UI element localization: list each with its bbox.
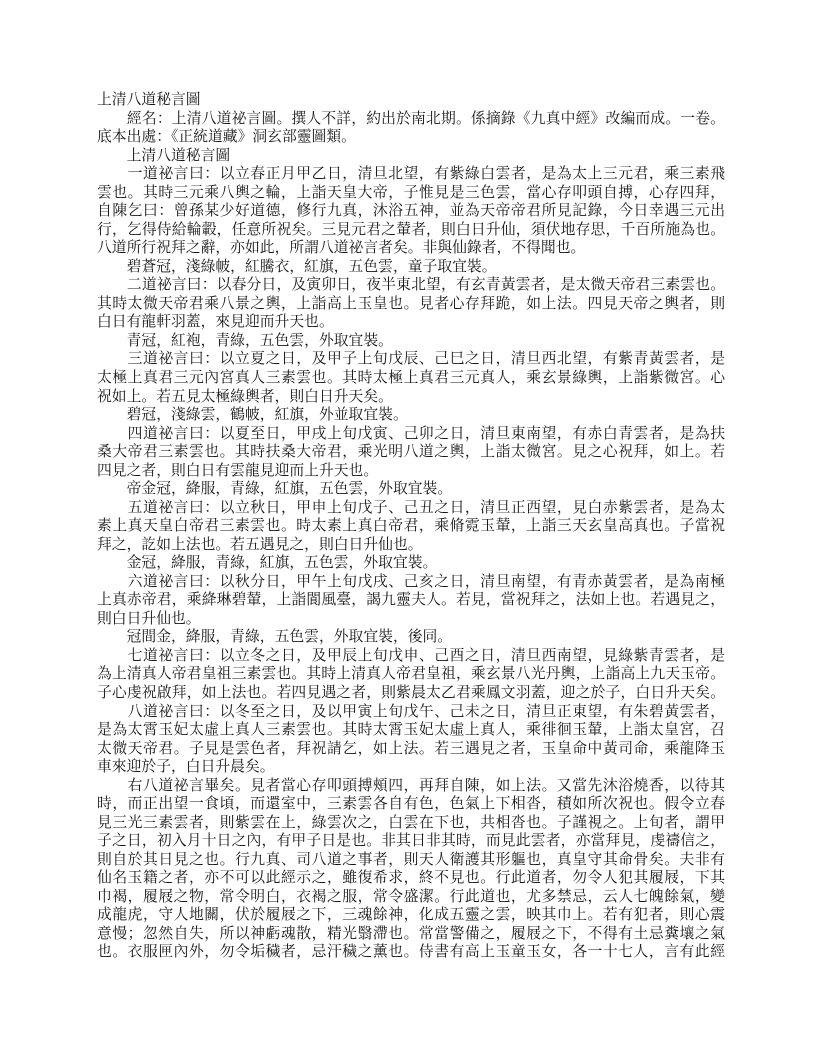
text-line: 也。衣服匣內外，勿令垢穢者，忌汗穢之薰也。侍書有高上玉童玉女，各一十七人，言有此… xyxy=(97,943,725,962)
text-line: 右八道祕言畢矣。見者當心存叩頭搏頰四，再拜自陳，如上法。又當先沐浴燒香，以待其 xyxy=(97,777,725,796)
text-line: 白日有龍軒羽蓋，來見迎而升天也。 xyxy=(97,313,725,332)
text-line: 六道祕言曰：以秋分日，甲午上旬戊戌、己亥之日，清旦南望，有青赤黃雲者，是為南極 xyxy=(97,573,725,592)
text-line: 二道祕言曰：以春分日，及寅卯日，夜半東北望，有玄青黃雲者，是太微天帝君三素雲也。 xyxy=(97,276,725,295)
text-line: 四見之者，則白日有雲龍見迎而上升天也。 xyxy=(97,462,725,481)
text-line: 則白日升仙也。 xyxy=(97,610,725,629)
text-line: 八道祕言曰：以冬至之日，及以甲寅上旬戊午、己未之日，清旦正東望，有朱碧黃雲者， xyxy=(97,703,725,722)
text-line: 素上真天皇白帝君三素雲也。時太素上真白帝君，乘脩霓玉輦，上詣三天玄皇高真也。子當… xyxy=(97,517,725,536)
text-line: 太極上真君三元內宮真人三素雲也。其時太極上真君三元真人，乘玄景綠輿，上詣紫微宮。… xyxy=(97,369,725,388)
text-line: 青冠，紅袍，青綠，五色雲，外取宜裝。 xyxy=(97,332,725,351)
text-line: 三道祕言曰：以立夏之日，及甲子上旬戊辰、己巳之日，清旦西北望，有紫青黃雲者，是 xyxy=(97,350,725,369)
text-line: 時，而正出望一食頃，而還室中，三素雲各自有色，色氣上下相沓，積如所次祝也。假令立… xyxy=(97,795,725,814)
text-line: 底本出處：《正統道藏》洞玄部靈圖類。 xyxy=(97,128,725,147)
document-text: 上清八道秘言圖 經名：上清八道祕言圖。撰人不詳，約出於南北期。係摘錄《九真中經》… xyxy=(97,91,725,962)
text-line: 一道祕言曰：以立春正月甲乙日，清旦北望，有紫綠白雲者，是為太上三元君，乘三素飛 xyxy=(97,165,725,184)
text-line: 成龍虎，守人地關，伏於履屐之下，三魂餘神，化成五靈之雲，映其巾上。若有犯者，則心… xyxy=(97,906,725,925)
text-line: 仙名玉籍之者，亦不可以此經示之，雖復希求，終不見也。行此道者，勿令人犯其履屐，下… xyxy=(97,869,725,888)
text-line: 為上清真人帝君皇祖三素雲也。其時上清真人帝君皇祖，乘玄景八光丹輿，上詣高上九天玉… xyxy=(97,665,725,684)
text-line: 冠間金，絳服，青綠，五色雲，外取宜裝，後同。 xyxy=(97,628,725,647)
text-line: 子之日，初入月十日之內，有甲子日是也。非其日非其時，而見此雲者，亦當拜見，虔禱信… xyxy=(97,832,725,851)
text-line: 是為太霄玉妃太虛上真人三素雲也。其時太霄玉妃太虛上真人，乘徘徊玉輦，上詣太皇宮，… xyxy=(97,721,725,740)
text-line: 巾褐，履屐之物，常令明白，衣褐之服，常令盛潔。行此道也，尤多禁忌，云人七魄餘氣，… xyxy=(97,888,725,907)
text-line: 上清八道秘言圖 xyxy=(97,147,725,166)
text-line: 其時太微天帝君乘八景之輿，上詣高上玉皇也。見者心存拜跪，如上法。四見天帝之輿者，… xyxy=(97,295,725,314)
text-line: 見三光三素雲者，則紫雲在上，綠雲次之，白雲在下也，共相沓也。子謹視之。上旬者，謂… xyxy=(97,814,725,833)
text-line: 金冠，絳服，青綠，紅旗，五色雲，外取宜裝。 xyxy=(97,554,725,573)
text-line: 四道祕言曰：以夏至日，甲戌上旬戊寅、己卯之日，清旦東南望，有赤白青雲者，是為扶 xyxy=(97,425,725,444)
text-line: 帝金冠，絳服，青綠，紅旗，五色雲，外取宜裝。 xyxy=(97,480,725,499)
text-line: 桑大帝君三素雲也。其時扶桑大帝君，乘光明八道之輿，上詣太微宮。見之心祝拜，如上。… xyxy=(97,443,725,462)
text-line: 碧冠，淺綠雲，鶴帔，紅旗，外並取宜裝。 xyxy=(97,406,725,425)
text-line: 行，乞得侍給輪轂，任意所祝矣。三見元君之輦者，則白日升仙，須伏地存思，千百所施為… xyxy=(97,221,725,240)
text-line: 碧蒼冠，淺綠帔，紅騰衣，紅旗，五色雲，童子取宜裝。 xyxy=(97,258,725,277)
text-line: 意慢；忽然自失，所以神虧魂散，精光翳滯也。常當警備之，履屐之下，不得有土忌糞壤之… xyxy=(97,925,725,944)
text-line: 七道祕言曰：以立冬之日，及甲辰上旬戊申、己酉之日，清旦西南望，見綠紫青雲者，是 xyxy=(97,647,725,666)
text-line: 車來迎於子，白日升晨矣。 xyxy=(97,758,725,777)
text-line: 祝如上。若五見太極綠輿者，則白日升天矣。 xyxy=(97,388,725,407)
text-line: 上真赤帝君，乘絳琳碧輦，上詣閬風臺，謁九靈夫人。若見，當祝拜之，法如上也。若遇見… xyxy=(97,591,725,610)
text-line: 子心虔祝啟拜，如上法也。若四見遇之者，則紫晨太乙君乘鳳文羽蓋，迎之於子，白日升天… xyxy=(97,684,725,703)
text-line: 五道祕言曰：以立秋日，甲申上旬戊子、己丑之日，清旦正西望，見白赤紫雲者，是為太 xyxy=(97,499,725,518)
text-line: 八道所行祝拜之辭，亦如此，所謂八道祕言者矣。非與仙錄者，不得聞也。 xyxy=(97,239,725,258)
text-line: 經名：上清八道祕言圖。撰人不詳，約出於南北期。係摘錄《九真中經》改編而成。一卷。 xyxy=(97,110,725,129)
text-line: 拜之，訖如上法也。若五遇見之，則白日升仙也。 xyxy=(97,536,725,555)
document-page: 上清八道秘言圖 經名：上清八道祕言圖。撰人不詳，約出於南北期。係摘錄《九真中經》… xyxy=(0,0,816,1056)
text-line: 雲也。其時三元乘八輿之輪，上詣天皇大帝，子惟見是三色雲，當心存叩頭自搏，心存四拜… xyxy=(97,184,725,203)
text-line: 太微天帝君。子見是雲色者，拜祝請乞，如上法。若三遇見之者，玉皇命中黃司命，乘龍降… xyxy=(97,740,725,759)
text-line: 自陳乞曰：曾孫某少好道德，修行九真，沐浴五神，並為天帝帝君所見記錄，今日幸遇三元… xyxy=(97,202,725,221)
text-line: 則自於其日見之也。行九真、司八道之事者，則天人衛護其形軀也，真皇守其命骨矣。夫非… xyxy=(97,851,725,870)
text-line: 上清八道秘言圖 xyxy=(97,91,725,110)
